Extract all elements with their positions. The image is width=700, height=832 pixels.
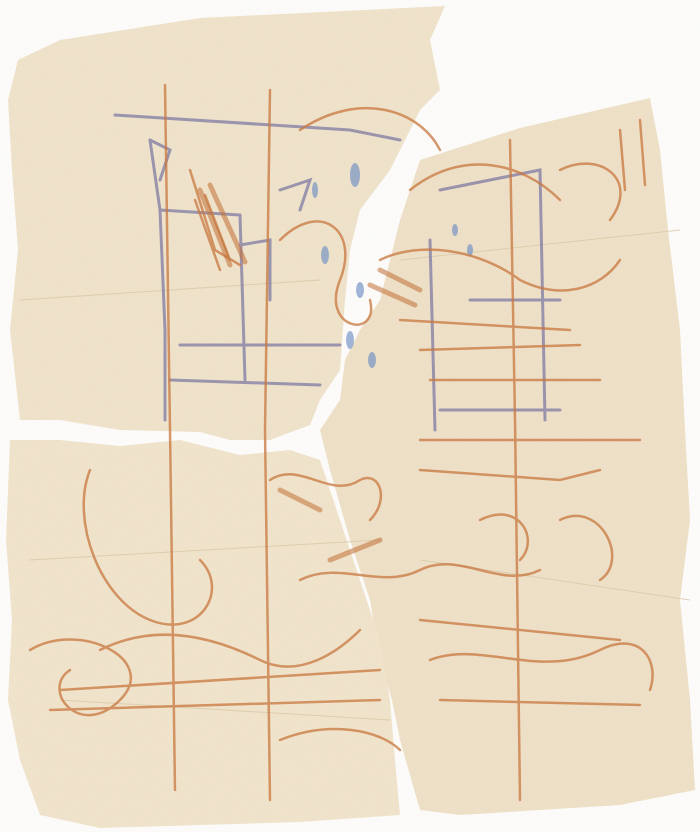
sketch-canvas xyxy=(0,0,700,832)
sketch-artwork xyxy=(0,0,700,832)
